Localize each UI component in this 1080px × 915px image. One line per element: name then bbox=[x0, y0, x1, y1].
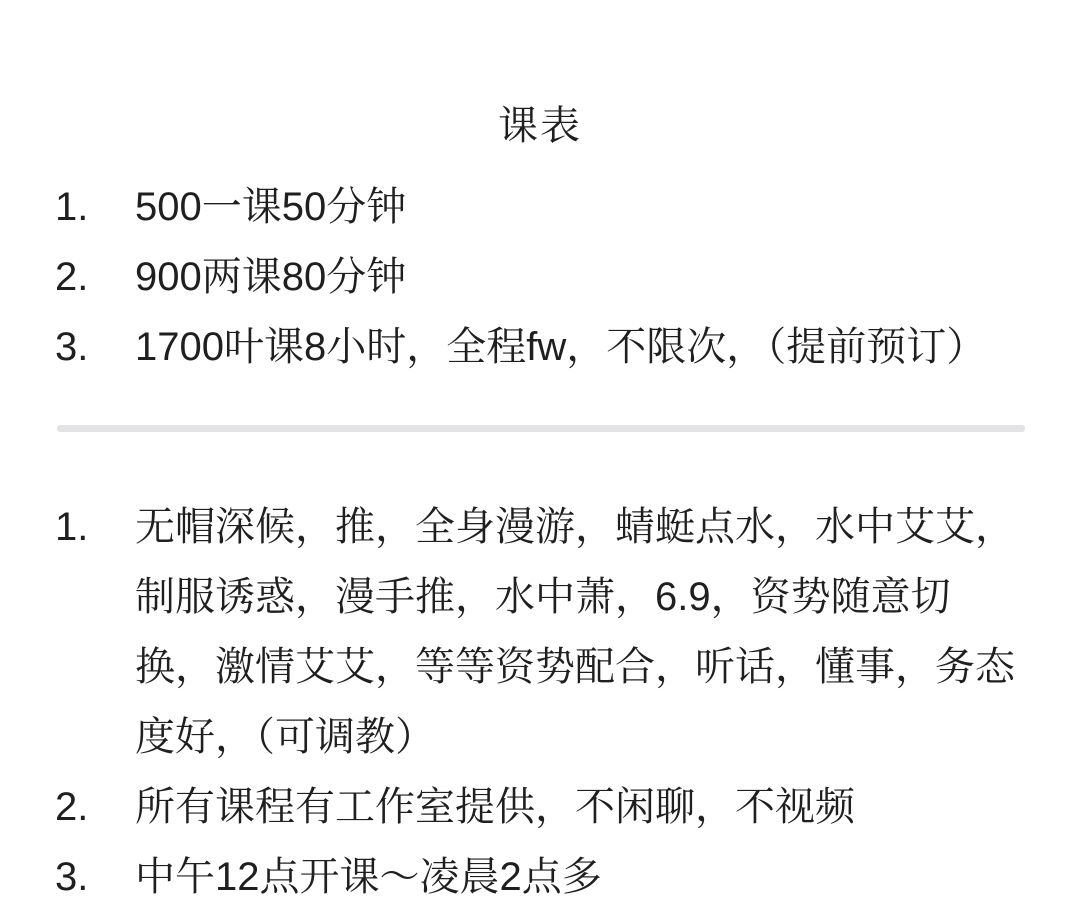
list-item-number: 2. bbox=[55, 242, 135, 312]
document-page: 课表 1. 500一课50分钟 2. 900两课80分钟 3. 1700叶课8小… bbox=[0, 0, 1080, 915]
list-item-number: 2. bbox=[55, 772, 135, 842]
list-item-text: 中午12点开课～凌晨2点多 bbox=[135, 842, 1032, 912]
list-item: 3. 1700叶课8小时，全程fw，不限次，（提前预订） bbox=[0, 312, 1080, 382]
list-item-number: 3. bbox=[55, 312, 135, 382]
list-item: 3. 中午12点开课～凌晨2点多 bbox=[0, 842, 1080, 912]
page-title: 课表 bbox=[0, 102, 1080, 150]
list-item-number: 1. bbox=[55, 172, 135, 242]
list-item: 1. 无帽深候，推，全身漫游，蜻蜓点水，水中艾艾， 制服诱惑，漫手推，水中萧，6… bbox=[0, 492, 1080, 772]
list-item-text: 1700叶课8小时，全程fw，不限次，（提前预订） bbox=[135, 312, 1032, 382]
list-item-text: 所有课程有工作室提供，不闲聊，不视频 bbox=[135, 772, 1032, 842]
list-item: 2. 所有课程有工作室提供，不闲聊，不视频 bbox=[0, 772, 1080, 842]
section-divider bbox=[57, 425, 1025, 432]
price-list: 1. 500一课50分钟 2. 900两课80分钟 3. 1700叶课8小时，全… bbox=[0, 172, 1080, 382]
list-item-number: 3. bbox=[55, 842, 135, 912]
list-item-text: 900两课80分钟 bbox=[135, 242, 1032, 312]
list-item-text: 500一课50分钟 bbox=[135, 172, 1032, 242]
list-item-text: 无帽深候，推，全身漫游，蜻蜓点水，水中艾艾， 制服诱惑，漫手推，水中萧，6.9，… bbox=[135, 492, 1032, 772]
list-item-number: 1. bbox=[55, 492, 135, 562]
list-item: 1. 500一课50分钟 bbox=[0, 172, 1080, 242]
rules-list: 1. 无帽深候，推，全身漫游，蜻蜓点水，水中艾艾， 制服诱惑，漫手推，水中萧，6… bbox=[0, 492, 1080, 912]
list-item: 2. 900两课80分钟 bbox=[0, 242, 1080, 312]
